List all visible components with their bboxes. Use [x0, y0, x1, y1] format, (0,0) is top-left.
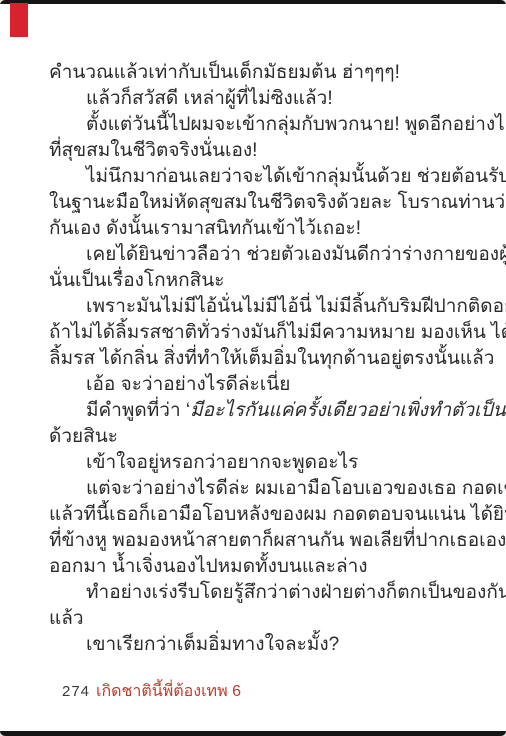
page-footer: 274 เกิดชาตินี้พี่ต้องเทพ 6 [0, 681, 506, 703]
text-line: นั่นเป็นเรื่องโกหกสินะ [49, 268, 461, 294]
text-line: ทำอย่างเร่งรีบโดยรู้สึกว่าต่างฝ่ายต่างก็… [49, 580, 461, 606]
text-line: ออกมา น้ำเจิ่งนองไปหมดทั้งบนและล่าง [49, 554, 461, 580]
text-line: ตั้งแต่วันนี้ไปผมจะเข้ากลุ่มกับพวกนาย! พ… [49, 112, 461, 138]
bookmark-ribbon-icon[interactable] [10, 3, 28, 37]
text-line: มีคำพูดที่ว่า ‘มีอะไรกันแค่ครั้งเดียวอย่… [49, 398, 461, 424]
text-line: เอ้อ จะว่าอย่างไรดีล่ะเนี่ย [49, 372, 461, 398]
page-number: 274 [62, 681, 90, 703]
text-line: ด้วยสินะ [49, 424, 461, 450]
text-line: ที่สุขสมในชีวิตจริงนั่นเอง! [49, 138, 461, 164]
window-top-edge [0, 0, 506, 4]
text-line: แล้ว [49, 606, 461, 632]
text-line: เขาเรียกว่าเต็มอิ่มทางใจละมั้ง? [49, 632, 461, 658]
book-title: เกิดชาตินี้พี่ต้องเทพ 6 [96, 681, 241, 703]
text-line: คำนวณแล้วเท่ากับเป็นเด็กมัธยมต้น ฮ่าๆๆๆ! [49, 60, 461, 86]
text-line: แล้วทีนี้เธอก็เอามือโอบหลังของผม กอดตอบจ… [49, 502, 461, 528]
page-text: คำนวณแล้วเท่ากับเป็นเด็กมัธยมต้น ฮ่าๆๆๆ!… [49, 60, 461, 658]
text-line: ที่ข้างหู พอมองหน้าสายตาก็ผสานกัน พอเลีย… [49, 528, 461, 554]
text-line: ถ้าไม่ได้ลิ้มรสชาติทั่วร่างมันก็ไม่มีควา… [49, 320, 461, 346]
text-line: ไม่นึกมาก่อนเลยว่าจะได้เข้ากลุ่มนั้นด้วย… [49, 164, 461, 190]
text-line: ลิ้มรส ได้กลิ่น สิ่งที่ทำให้เต็มอิ่มในทุ… [49, 346, 461, 372]
text-line: ในฐานะมือใหม่หัดสุขสมในชีวิตจริงด้วยละ โ… [49, 190, 461, 216]
ebook-reader-page: คำนวณแล้วเท่ากับเป็นเด็กมัธยมต้น ฮ่าๆๆๆ!… [0, 0, 506, 736]
text-line: กันเอง ดังนั้นเรามาสนิทกันเข้าไว้เถอะ! [49, 216, 461, 242]
window-bottom-edge [0, 731, 506, 736]
text-line: เข้าใจอยู่หรอกว่าอยากจะพูดอะไร [49, 450, 461, 476]
text-line: เพราะมันไม่มีไอ้นั่นไม่มีไอ้นี่ ไม่มีลิ้… [49, 294, 461, 320]
text-line: เคยได้ยินข่าวลือว่า ช่วยตัวเองมันดีกว่าร… [49, 242, 461, 268]
text-line: แต่จะว่าอย่างไรดีล่ะ ผมเอามือโอบเอวของเธ… [49, 476, 461, 502]
text-line: แล้วก็สวัสดี เหล่าผู้ที่ไม่ซิงแล้ว! [49, 86, 461, 112]
